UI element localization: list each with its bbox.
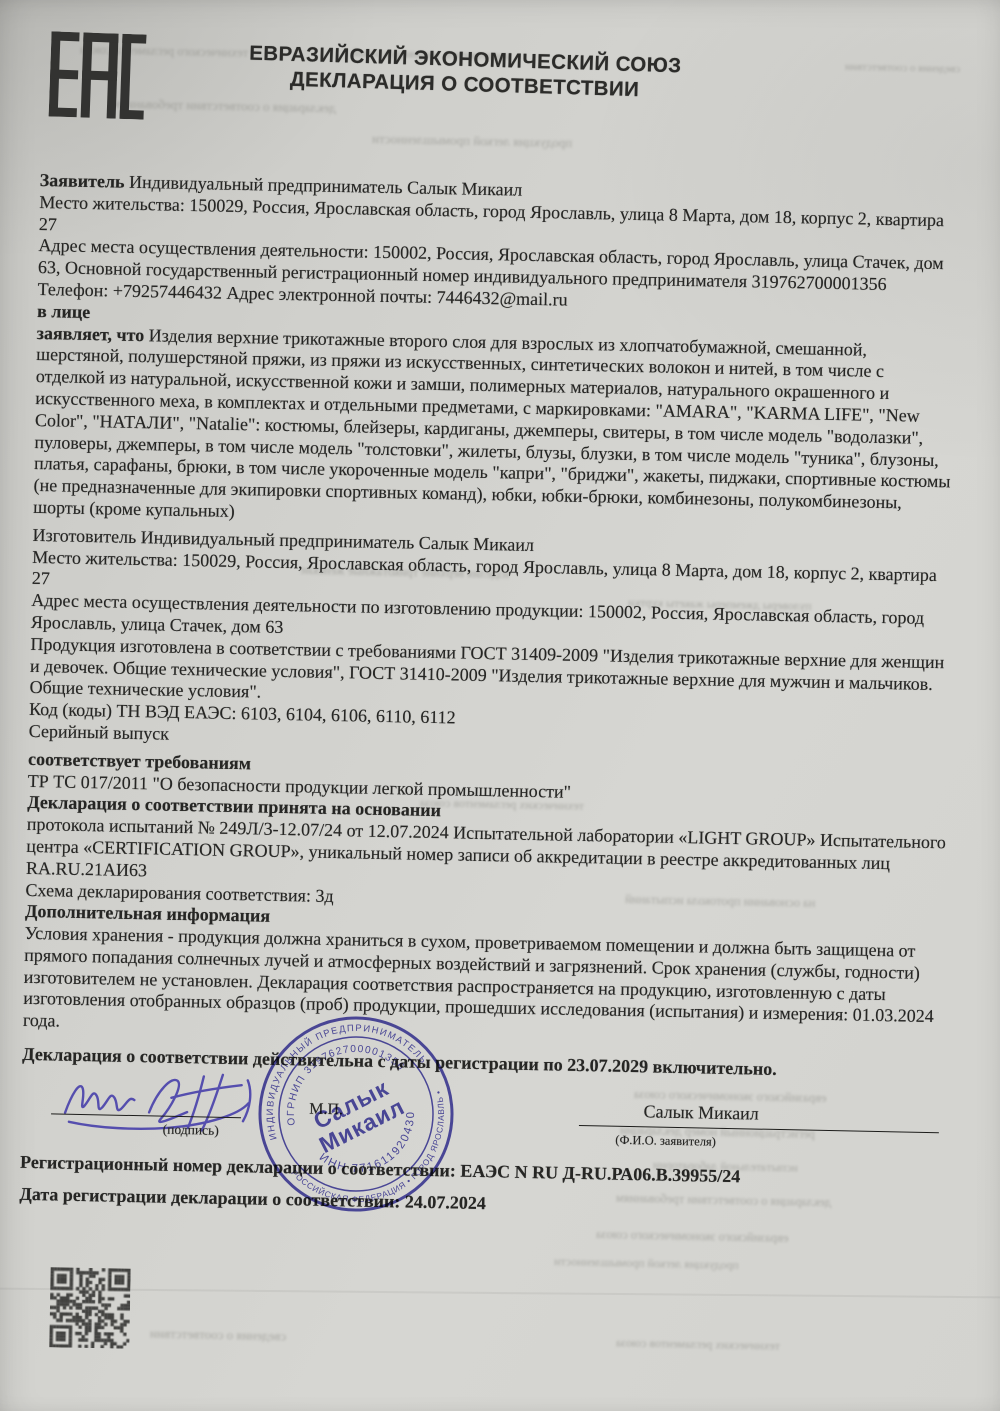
manufacturer-label: Изготовитель: [32, 525, 136, 547]
bleedthrough-text: продукция легкой промышленности: [554, 1254, 739, 1273]
qr-code: [49, 1267, 130, 1348]
bleedthrough-text: евразийского экономического союза: [596, 1227, 789, 1246]
declares-value: Изделия верхние трикотажные второго слоя…: [33, 325, 951, 521]
declaration-document: технического регламента союзаизготовител…: [0, 0, 1000, 1411]
additional-info-label-text: Дополнительная информация: [25, 901, 270, 926]
fio-caption: (Ф.И.О. заявителя): [585, 1129, 745, 1154]
document-body: Заявитель Индивидуальный предприниматель…: [19, 170, 961, 1224]
paper-crease: [0, 1288, 1000, 1299]
bleedthrough-text: технических регламентов союза: [616, 1335, 780, 1353]
bleedthrough-text: сведения о соответствии: [845, 61, 960, 75]
in-face-label: в лице: [37, 301, 90, 322]
bleedthrough-text: декларация о соответствии требованиям: [112, 96, 336, 117]
conforms-label-text: соответствует требованиям: [28, 749, 251, 773]
bleedthrough-text: сведения о соответствии: [150, 1326, 286, 1345]
signature-caption: (подпись): [116, 1118, 266, 1143]
applicant-label: Заявитель: [40, 170, 125, 192]
storage-paragraph: Условия хранения - продукция должна хран…: [23, 923, 946, 1050]
registration-date-line: Дата регистрации декларации о соответств…: [19, 1183, 940, 1223]
declares-paragraph: заявляет, что Изделия верхние трикотажны…: [33, 323, 958, 538]
bleedthrough-text: продукция легкой промышленности: [372, 131, 572, 151]
declares-label: заявляет, что: [37, 323, 145, 345]
applicant-fio: Салык Микаил: [581, 1100, 821, 1127]
registration-number-value: ЕАЭС N RU Д-RU.РА06.В.39955/24: [460, 1161, 740, 1187]
